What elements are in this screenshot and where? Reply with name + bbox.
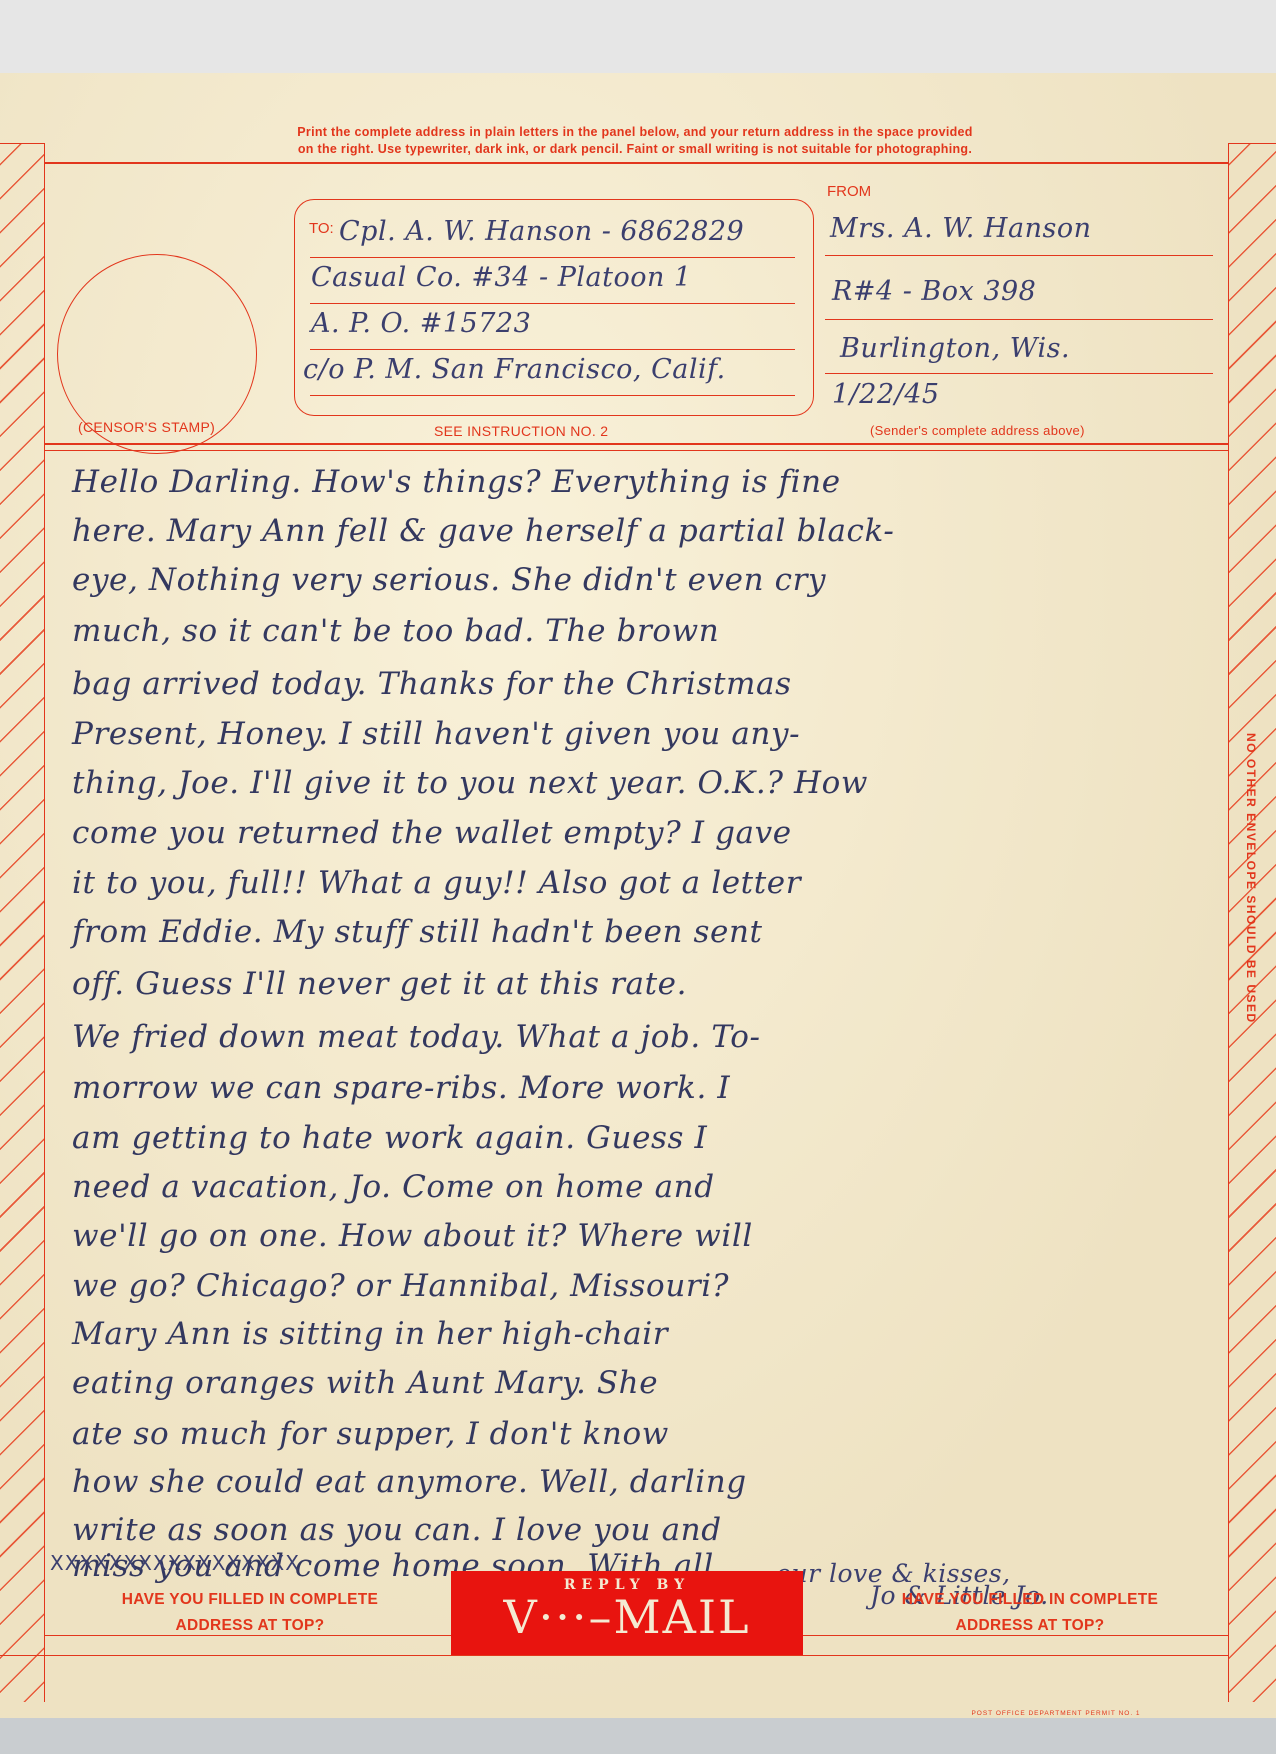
letter-line: we'll go on one. How about it? Where wil…: [72, 1209, 1222, 1263]
letter-line: Hello Darling. How's things? Everything …: [72, 455, 1222, 509]
kisses-marks: XXXXXXXXXXXXXXXXX: [50, 1551, 300, 1575]
letter-line: Present, Honey. I still haven't given yo…: [72, 707, 1222, 761]
body-rule-top-2: [44, 450, 1228, 451]
bottom-question-right: HAVE YOU FILLED IN COMPLETE ADDRESS AT T…: [840, 1587, 1220, 1639]
from-address-line: R#4 - Box 398: [832, 276, 1036, 307]
body-rule-top: [44, 443, 1228, 445]
from-label: FROM: [827, 183, 871, 200]
bottom-rule-right: [803, 1635, 1228, 1636]
letter-line: much, so it can't be too bad. The brown: [72, 604, 1222, 658]
letter-line: am getting to hate work again. Guess I: [72, 1111, 1222, 1165]
letter-line: from Eddie. My stuff still hadn't been s…: [72, 905, 1222, 959]
letter-line: off. Guess I'll never get it at this rat…: [72, 957, 1222, 1011]
from-address-line: Mrs. A. W. Hanson: [830, 213, 1091, 244]
reply-by-vmail-banner: REPLY BY V···–MAIL: [451, 1571, 803, 1655]
to-address-line: Casual Co. #34 - Platoon 1: [311, 262, 692, 293]
to-address-panel: TO: Cpl. A. W. Hanson - 6862829 Casual C…: [294, 199, 814, 416]
side-notice: NO OTHER ENVELOPE SHOULD BE USED: [1244, 733, 1258, 1024]
letter-line: thing, Joe. I'll give it to you next yea…: [72, 756, 1222, 810]
left-hatched-margin: [0, 143, 45, 1702]
letter-line: We fried down meat today. What a job. To…: [72, 1010, 1222, 1064]
letter-line: bag arrived today. Thanks for the Christ…: [72, 657, 1222, 711]
letter-line: it to you, full!! What a guy!! Also got …: [72, 856, 1222, 910]
to-label: TO:: [309, 220, 334, 237]
censor-caption: (CENSOR'S STAMP): [78, 419, 215, 435]
address-instructions: Print the complete address in plain lett…: [170, 124, 1100, 158]
sheet-protector-edge: [0, 1716, 1276, 1754]
letter-line: eating oranges with Aunt Mary. She: [72, 1356, 1222, 1410]
to-address-line: A. P. O. #15723: [311, 308, 531, 339]
letter-date: 1/22/45: [832, 379, 940, 410]
letter-line: ate so much for supper, I don't know: [72, 1407, 1222, 1461]
vmail-letter-sheet: NO OTHER ENVELOPE SHOULD BE USED Print t…: [0, 73, 1276, 1718]
from-caption: (Sender's complete address above): [870, 423, 1085, 438]
letter-line: eye, Nothing very serious. She didn't ev…: [72, 553, 1222, 607]
letter-line: here. Mary Ann fell & gave herself a par…: [72, 504, 1222, 558]
to-address-line: Cpl. A. W. Hanson - 6862829: [339, 216, 744, 247]
bottom-rule-left: [44, 1635, 451, 1636]
to-caption: SEE INSTRUCTION NO. 2: [434, 423, 608, 439]
letter-line: we go? Chicago? or Hannibal, Missouri?: [72, 1259, 1222, 1313]
header-rule: [44, 162, 1228, 164]
letter-line: come you returned the wallet empty? I ga…: [72, 806, 1222, 860]
letter-line: Mary Ann is sitting in her high-chair: [72, 1307, 1222, 1361]
bottom-question-left: HAVE YOU FILLED IN COMPLETE ADDRESS AT T…: [60, 1587, 440, 1639]
letter-line: how she could eat anymore. Well, darling: [72, 1455, 1222, 1509]
bottom-rule: [0, 1655, 1228, 1656]
letter-line: morrow we can spare-ribs. More work. I: [72, 1061, 1222, 1115]
from-address-line: Burlington, Wis.: [840, 333, 1070, 364]
to-address-line: c/o P. M. San Francisco, Calif.: [303, 354, 726, 385]
permit-text: POST OFFICE DEPARTMENT PERMIT NO. 1: [906, 1710, 1206, 1717]
letter-line: need a vacation, Jo. Come on home and: [72, 1160, 1222, 1214]
